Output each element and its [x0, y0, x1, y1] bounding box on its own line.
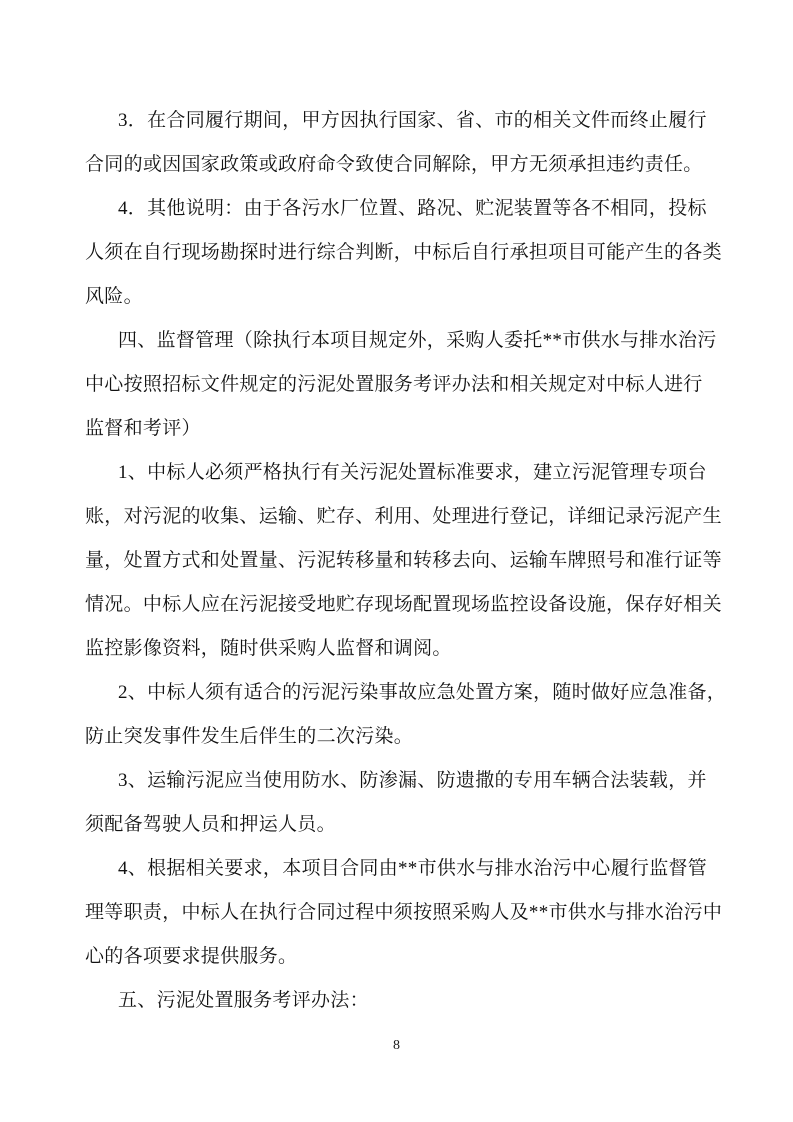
page-number: 8: [0, 1036, 793, 1056]
text-line: 1、中标人必须严格执行有关污泥处置标准要求，建立污泥管理专项台: [85, 451, 705, 495]
supervision-item-3-paragraph: 3、运输污泥应当使用防水、防渗漏、防遗撒的专用车辆合法装载，并 须配备驾驶人员和…: [85, 759, 705, 847]
text-line: 情况。中标人应在污泥接受地贮存现场配置现场监控设备设施，保存好相关: [85, 583, 705, 627]
text-line: 3．在合同履行期间，甲方因执行国家、省、市的相关文件而终止履行: [85, 99, 705, 143]
text-line: 理等职责，中标人在执行合同过程中须按照采购人及**市供水与排水治污中: [85, 891, 705, 935]
text-line: 中心按照招标文件规定的污泥处置服务考评办法和相关规定对中标人进行: [85, 363, 705, 407]
section-4-supervision-heading: 四、监督管理（除执行本项目规定外，采购人委托**市供水与排水治污 中心按照招标文…: [85, 319, 705, 451]
text-line: 量，处置方式和处置量、污泥转移量和转移去向、运输车牌照号和准行证等: [85, 539, 705, 583]
document-body: 3．在合同履行期间，甲方因执行国家、省、市的相关文件而终止履行 合同的或因国家政…: [85, 99, 705, 1023]
text-line: 监控影像资料，随时供采购人监督和调阅。: [85, 627, 705, 671]
clause-3-paragraph: 3．在合同履行期间，甲方因执行国家、省、市的相关文件而终止履行 合同的或因国家政…: [85, 99, 705, 187]
text-line: 3、运输污泥应当使用防水、防渗漏、防遗撒的专用车辆合法装载，并: [85, 759, 705, 803]
text-line: 2、中标人须有适合的污泥污染事故应急处置方案，随时做好应急准备，: [85, 671, 705, 715]
text-line: 须配备驾驶人员和押运人员。: [85, 803, 705, 847]
text-line: 监督和考评）: [85, 407, 705, 451]
supervision-item-2-paragraph: 2、中标人须有适合的污泥污染事故应急处置方案，随时做好应急准备， 防止突发事件发…: [85, 671, 705, 759]
text-line: 4．其他说明：由于各污水厂位置、路况、贮泥装置等各不相同，投标: [85, 187, 705, 231]
text-line: 人须在自行现场勘探时进行综合判断，中标后自行承担项目可能产生的各类: [85, 231, 705, 275]
text-line: 五、污泥处置服务考评办法：: [85, 979, 705, 1023]
text-line: 心的各项要求提供服务。: [85, 935, 705, 979]
text-line: 四、监督管理（除执行本项目规定外，采购人委托**市供水与排水治污: [85, 319, 705, 363]
document-page: 3．在合同履行期间，甲方因执行国家、省、市的相关文件而终止履行 合同的或因国家政…: [0, 0, 793, 1122]
text-line: 4、根据相关要求，本项目合同由**市供水与排水治污中心履行监督管: [85, 847, 705, 891]
supervision-item-1-paragraph: 1、中标人必须严格执行有关污泥处置标准要求，建立污泥管理专项台 账，对污泥的收集…: [85, 451, 705, 671]
section-5-evaluation-heading: 五、污泥处置服务考评办法：: [85, 979, 705, 1023]
text-line: 账，对污泥的收集、运输、贮存、利用、处理进行登记，详细记录污泥产生: [85, 495, 705, 539]
text-line: 合同的或因国家政策或政府命令致使合同解除，甲方无须承担违约责任。: [85, 143, 705, 187]
clause-4-paragraph: 4．其他说明：由于各污水厂位置、路况、贮泥装置等各不相同，投标 人须在自行现场勘…: [85, 187, 705, 319]
text-line: 防止突发事件发生后伴生的二次污染。: [85, 715, 705, 759]
text-line: 风险。: [85, 275, 705, 319]
supervision-item-4-paragraph: 4、根据相关要求，本项目合同由**市供水与排水治污中心履行监督管 理等职责，中标…: [85, 847, 705, 979]
